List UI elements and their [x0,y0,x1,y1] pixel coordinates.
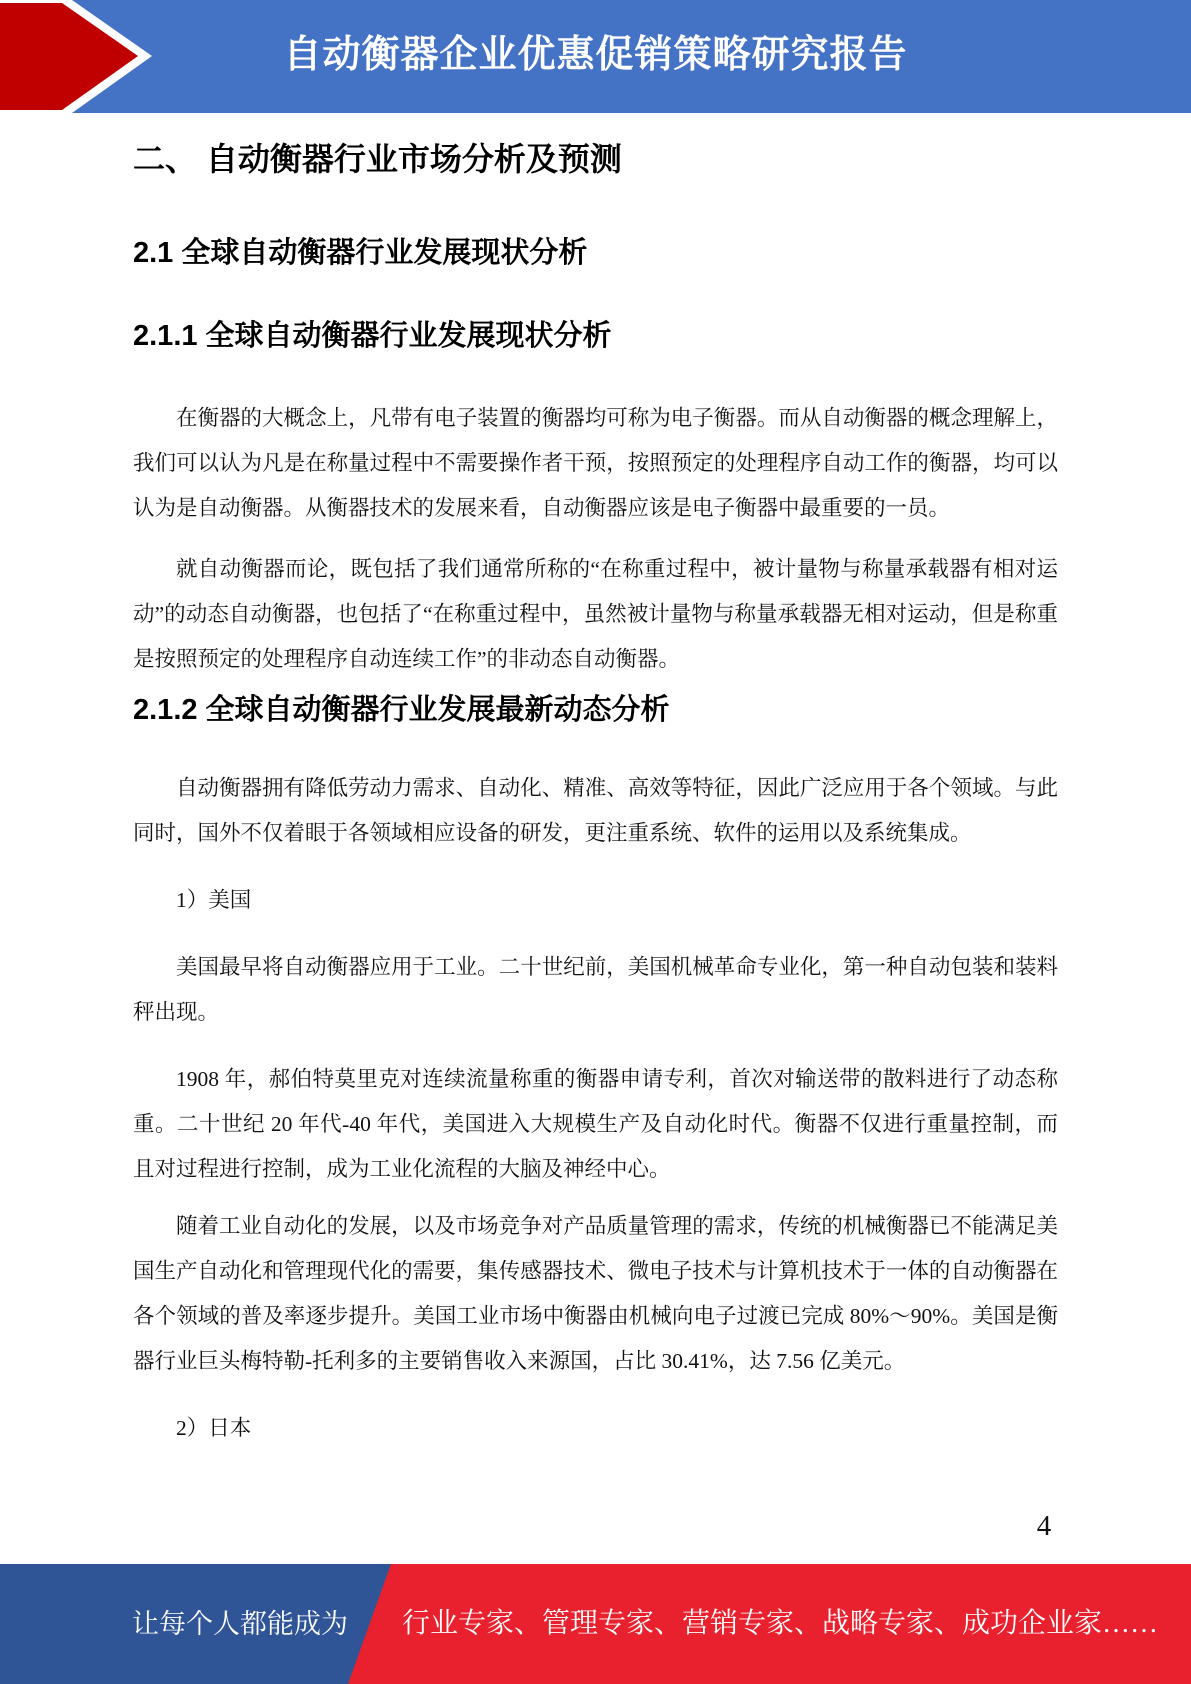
section-heading: 二、 自动衡器行业市场分析及预测 [133,139,1058,181]
report-page: 自动衡器企业优惠促销策略研究报告 二、 自动衡器行业市场分析及预测 2.1 全球… [0,0,1191,1684]
paragraph: 1908 年，郝伯特莫里克对连续流量称重的衡器申请专利，首次对输送带的散料进行了… [133,1057,1058,1192]
footer-slogan-right: 行业专家、管理专家、营销专家、战略专家、成功企业家…… [402,1564,1158,1684]
subsubsection-heading-1: 2.1.1 全球自动衡器行业发展现状分析 [133,318,1058,356]
paragraph: 随着工业自动化的发展，以及市场竞争对产品质量管理的需求，传统的机械衡器已不能满足… [133,1204,1058,1384]
subsubsection-heading-2: 2.1.2 全球自动衡器行业发展最新动态分析 [133,692,1058,730]
paragraph: 美国最早将自动衡器应用于工业。二十世纪前，美国机械革命专业化，第一种自动包装和装… [133,945,1058,1035]
page-footer: 让每个人都能成为 行业专家、管理专家、营销专家、战略专家、成功企业家…… [0,1564,1191,1684]
document-body: 二、 自动衡器行业市场分析及预测 2.1 全球自动衡器行业发展现状分析 2.1.… [133,113,1058,1451]
page-header: 自动衡器企业优惠促销策略研究报告 [0,0,1191,113]
list-item-usa: 1）美国 [133,878,1058,923]
report-title: 自动衡器企业优惠促销策略研究报告 [0,0,1191,113]
paragraph: 就自动衡器而论，既包括了我们通常所称的“在称重过程中，被计量物与称量承载器有相对… [133,547,1058,682]
page-number: 4 [1026,1510,1062,1543]
paragraph: 自动衡器拥有降低劳动力需求、自动化、精准、高效等特征，因此广泛应用于各个领域。与… [133,766,1058,856]
paragraph: 在衡器的大概念上，凡带有电子装置的衡器均可称为电子衡器。而从自动衡器的概念理解上… [133,396,1058,531]
subsection-heading: 2.1 全球自动衡器行业发展现状分析 [133,235,1058,273]
footer-slogan-left: 让每个人都能成为 [132,1564,348,1684]
list-item-japan: 2）日本 [133,1406,1058,1451]
